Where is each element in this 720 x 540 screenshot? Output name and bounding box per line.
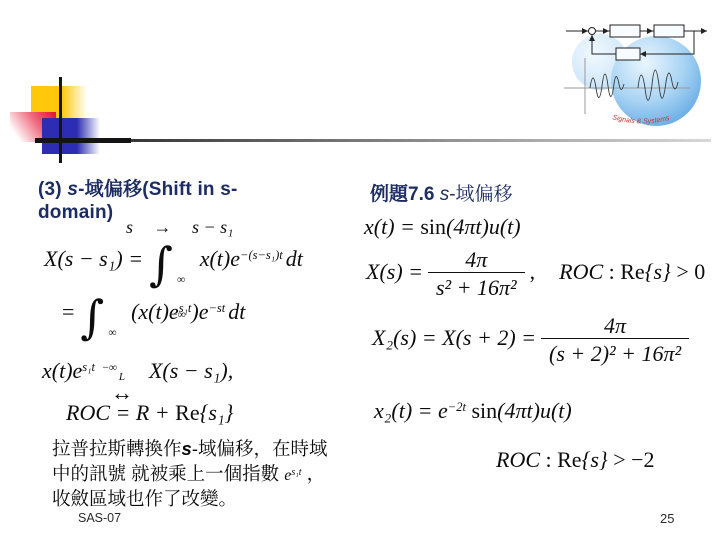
Xs-fraction: 4πs² + 16π² (428, 247, 525, 301)
note-exp-power: s₁t (291, 467, 301, 478)
shift-rhs: s − s₁ (192, 217, 233, 237)
roc-part-a: ROC = R + (66, 400, 175, 425)
example-s-variable: s (440, 184, 450, 205)
fraction-numerator: 4π (457, 247, 495, 272)
fraction-numerator: 4π (596, 313, 634, 338)
pair-rhs: X(s − s₁), (149, 358, 233, 383)
example-title-rest: -域偏移 (449, 184, 512, 205)
formula-xt-definition: x(t) = sin(4πt)u(t) (364, 214, 521, 240)
formula-roc-right: ROC : Re{s} > −2 (496, 447, 655, 473)
formula-roc-left: ROC = R + Re{s₁} (66, 400, 233, 426)
roc-s: {s} (582, 447, 608, 472)
formula-Xs-with-roc: X(s) =4πs² + 16π²,ROC : Re{s} > 0 (366, 247, 705, 301)
upper-limit: ∞ (108, 328, 123, 340)
horizontal-rule-dark-segment (35, 138, 131, 143)
x2t-args: (4πt)u(t) (497, 398, 572, 423)
footer-course-code: SAS-07 (78, 511, 121, 525)
formula-transform-pair: x(t)es₁tL↔X(s − s₁), (42, 358, 233, 404)
example-number: 例題7.6 (370, 184, 440, 205)
note-line2: 中的訊號 就被乘上一個指數 es₁t ， (52, 461, 382, 488)
note-line3: 收斂區域也作了改變。 (52, 487, 382, 511)
eq2-body1: (x(t)e (131, 299, 179, 324)
eq1-lhs: X(s − s₁) = (44, 246, 143, 271)
title-s-variable: s (67, 179, 78, 200)
roc-label: ROC (559, 259, 603, 284)
eq2-exponent1: s₁t (179, 301, 192, 315)
Xs-lhs: X(s) = (366, 259, 423, 284)
note-l1c: -域偏移，在時域 (192, 438, 328, 459)
xt-args: (4πt)u(t) (446, 214, 521, 239)
formula-s-shift-map: s → s − s₁ (126, 217, 233, 238)
note-l2b: ， (302, 463, 326, 484)
vertical-line-decor (59, 77, 62, 163)
roc-compare: > 0 (671, 259, 705, 284)
eq2-exponent2: −st (208, 301, 225, 315)
roc-re: : Re (603, 259, 645, 284)
explanation-paragraph: 拉普拉斯轉換作s-域偏移，在時域 中的訊號 就被乘上一個指數 es₁t ， 收斂… (52, 437, 382, 511)
roc-re: Re (175, 400, 199, 425)
eq1-body: x(t)e (200, 246, 240, 271)
x2t-lhs: x₂(t) = e (374, 398, 448, 423)
fraction-denominator: s² + 16π² (428, 272, 525, 300)
x2t-exponent: −2t (448, 400, 466, 414)
page-number: 25 (660, 511, 674, 526)
integral-sign: ∫ (80, 290, 104, 344)
note-l2a: 中的訊號 就被乘上一個指數 (52, 463, 284, 484)
blue-square-decor (42, 118, 100, 154)
sin-function: sin (420, 214, 446, 239)
upper-limit: ∞ (177, 275, 192, 287)
title-prefix: (3) (38, 179, 67, 200)
note-s-variable: s (182, 438, 192, 459)
shift-lhs: s (126, 217, 133, 237)
fraction-denominator: (s + 2)² + 16π² (541, 338, 689, 366)
X2-lhs: X₂(s) = X(s + 2) = (372, 325, 536, 350)
eq2-equals: = (62, 299, 74, 324)
integral-sign: ∫ (149, 237, 173, 291)
section-title-line1: (3) s-域偏移(Shift in s- (38, 178, 358, 201)
pair-base: x(t)e (42, 358, 82, 383)
slide: Signals & Systems (3) s-域偏移(Shift in s- … (0, 0, 720, 540)
horizontal-rule (35, 139, 711, 142)
xt-lhs: x(t) = (364, 214, 420, 239)
right-arrow-symbol: → (154, 217, 172, 237)
pair-exponent: s₁t (82, 360, 95, 374)
roc-compare: > −2 (608, 447, 655, 472)
roc-label: ROC (496, 447, 540, 472)
example-title: 例題7.6 s-域偏移 (370, 179, 513, 206)
note-l1a: 拉普拉斯轉換作 (52, 438, 182, 459)
roc-part-c: {s₁} (200, 400, 234, 425)
eq1-dt: dt (286, 246, 303, 271)
note-line1: 拉普拉斯轉換作s-域偏移，在時域 (52, 437, 382, 461)
X2-fraction: 4π(s + 2)² + 16π² (541, 313, 689, 367)
formula-x2t-time-domain: x₂(t) = e−2t sin(4πt)u(t) (374, 398, 572, 424)
comma: , (530, 259, 536, 284)
eq2-body2: )e (191, 299, 208, 324)
title-rest: -域偏移(Shift in s- (78, 179, 237, 200)
roc-s: {s} (645, 259, 671, 284)
signals-systems-logo-icon: Signals & Systems (562, 24, 714, 128)
formula-X2-shifted: X₂(s) = X(s + 2) =4π(s + 2)² + 16π² (372, 313, 694, 367)
roc-re: : Re (540, 447, 582, 472)
eq2-dt: dt (228, 299, 245, 324)
eq1-exponent: −(s−s₁)t (240, 248, 283, 262)
sin-function: sin (466, 398, 497, 423)
